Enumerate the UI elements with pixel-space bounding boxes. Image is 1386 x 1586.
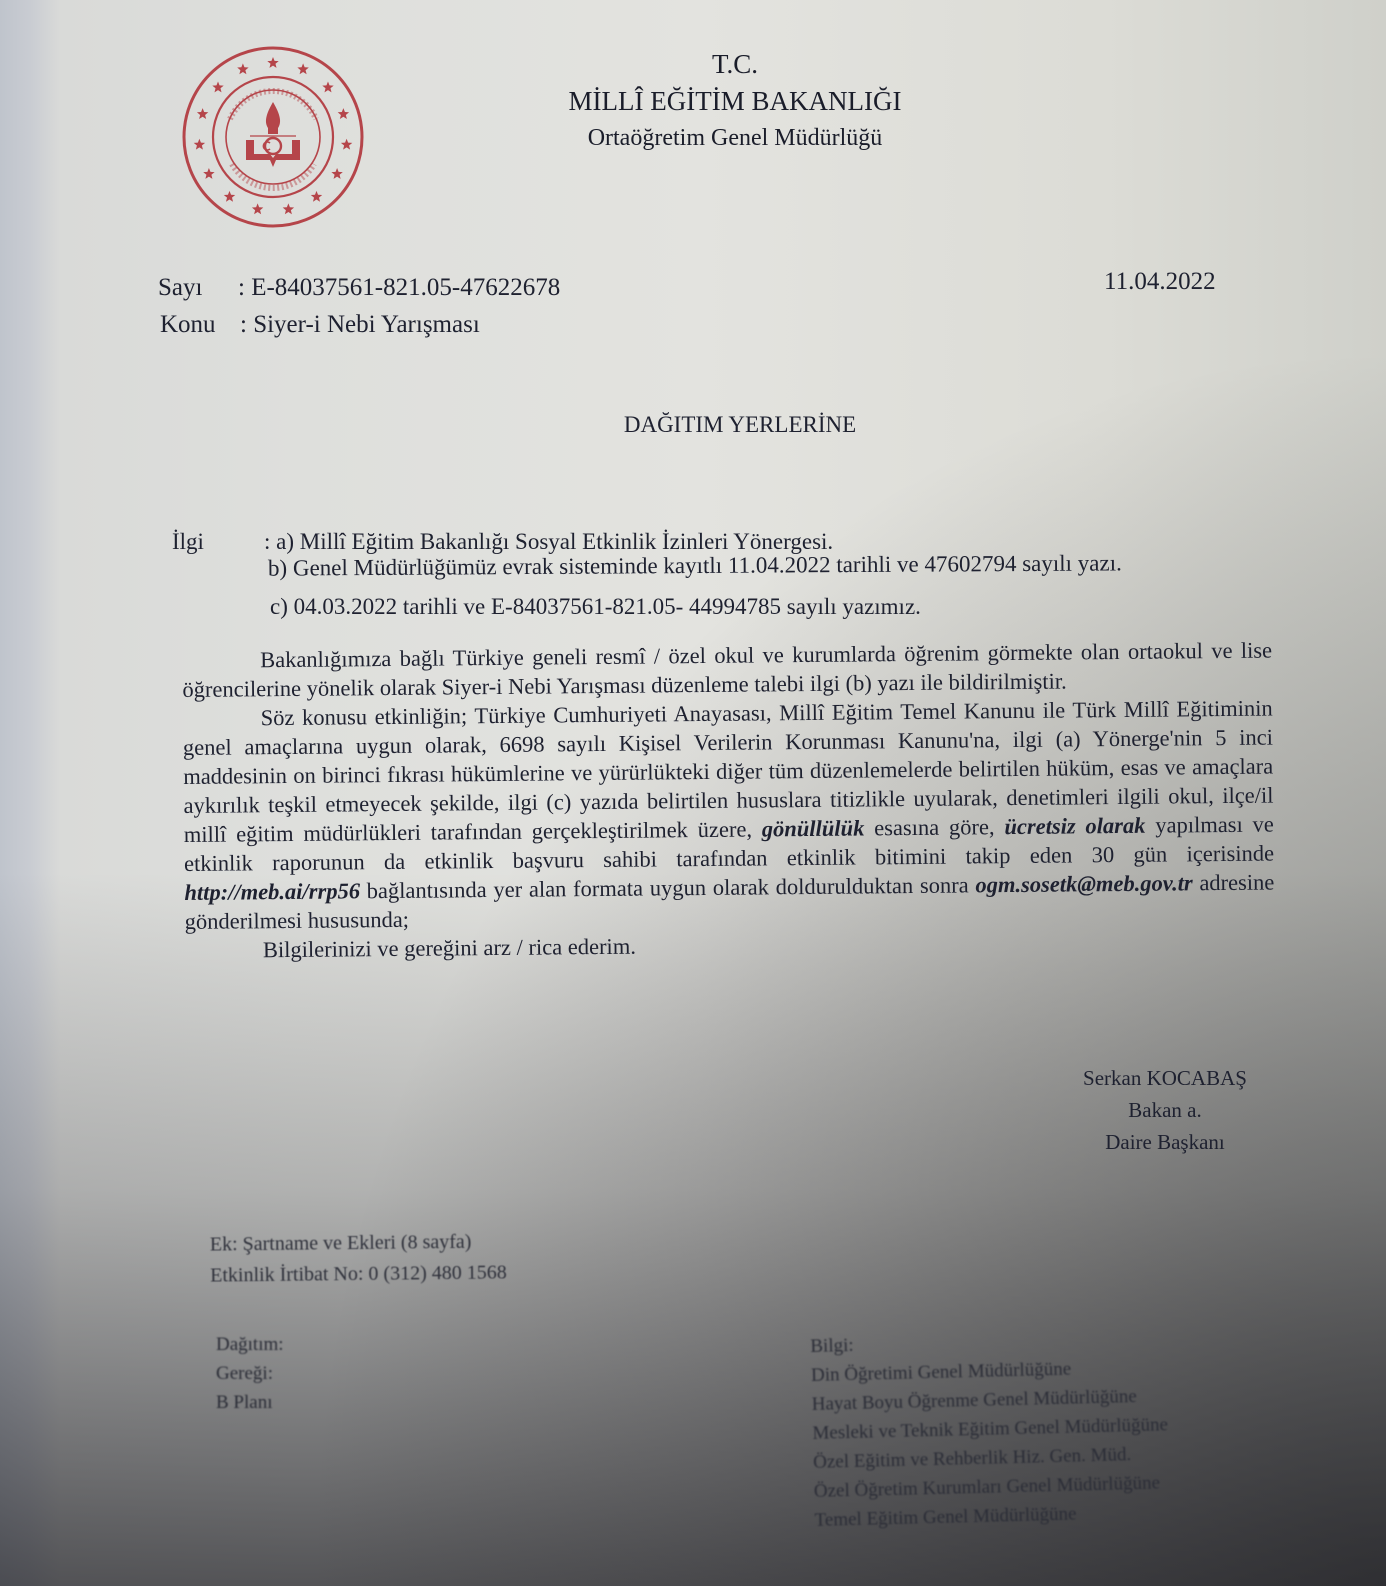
header-tc: T.C. (560, 46, 910, 83)
emphasis-volunteer: gönüllülük (762, 815, 865, 841)
report-link[interactable]: http://meb.ai/rrp56 (184, 878, 360, 905)
official-letter: T.C. MİLLÎ EĞİTİM BAKANLIĞI Ortaöğretim … (0, 0, 1386, 1586)
ilgi-b: b) Genel Müdürlüğümüz evrak sisteminde k… (268, 545, 1122, 585)
email-link[interactable]: ogm.sosetk@meb.gov.tr (975, 870, 1192, 897)
signer-position: Daire Başkanı (1060, 1126, 1270, 1158)
signer-name: Serkan KOCABAŞ (1060, 1062, 1270, 1094)
emphasis-free: ücretsiz olarak (1004, 813, 1145, 839)
gereg-label: Gereği: (216, 1359, 284, 1388)
konu-value: : Siyer-i Nebi Yarışması (240, 311, 480, 338)
konu-label: Konu (160, 307, 240, 343)
paragraph-2: Söz konusu etkinliğin; Türkiye Cumhuriye… (183, 694, 1275, 936)
distribution-block: Dağıtım: Gereği: B Planı (216, 1330, 284, 1417)
contact-number: Etkinlik İrtibat No: 0 (312) 480 1568 (210, 1257, 507, 1291)
ilgi-label: İlgi (172, 524, 264, 559)
ilgi-item: b) Genel Müdürlüğümüz evrak sisteminde k… (268, 550, 1122, 580)
meb-seal-icon (180, 44, 366, 230)
paragraph-2-text: bağlantısında yer alan formata uygun ola… (367, 872, 969, 903)
signature-block: Serkan KOCABAŞ Bakan a. Daire Başkanı (1060, 1062, 1270, 1158)
info-block: Bilgi: Din Öğretimi Genel MüdürlüğüneHay… (810, 1323, 1170, 1535)
attachments: Ek: Şartname ve Ekleri (8 sayfa) Etkinli… (210, 1226, 507, 1291)
ministry-name: MİLLÎ EĞİTİM BAKANLIĞI (560, 83, 910, 120)
sayi-row: Sayı: E-84037561-821.05-47622678 (158, 270, 560, 306)
konu-row: Konu: Siyer-i Nebi Yarışması (160, 307, 480, 343)
letter-body: Bakanlığımıza bağlı Türkiye geneli resmî… (182, 636, 1275, 965)
paragraph-1: Bakanlığımıza bağlı Türkiye geneli resmî… (182, 636, 1273, 704)
sayi-value: : E-84037561-821.05-47622678 (238, 274, 560, 301)
ilgi-c: c) 04.03.2022 tarihli ve E-84037561-821.… (270, 589, 921, 624)
gereg-item: B Planı (216, 1388, 284, 1417)
letter-date: 11.04.2022 (1104, 264, 1216, 300)
attachment-ek: Ek: Şartname ve Ekleri (8 sayfa) (210, 1226, 507, 1260)
directorate-name: Ortaöğretim Genel Müdürlüğü (560, 120, 910, 157)
signer-title: Bakan a. (1060, 1094, 1270, 1126)
distribution-label: Dağıtım: (216, 1330, 284, 1359)
recipient-title: DAĞITIM YERLERİNE (0, 412, 1386, 438)
sayi-label: Sayı (158, 270, 238, 306)
paragraph-2-text: esasına göre, (874, 814, 995, 840)
ilgi-item: c) 04.03.2022 tarihli ve E-84037561-821.… (270, 594, 921, 619)
